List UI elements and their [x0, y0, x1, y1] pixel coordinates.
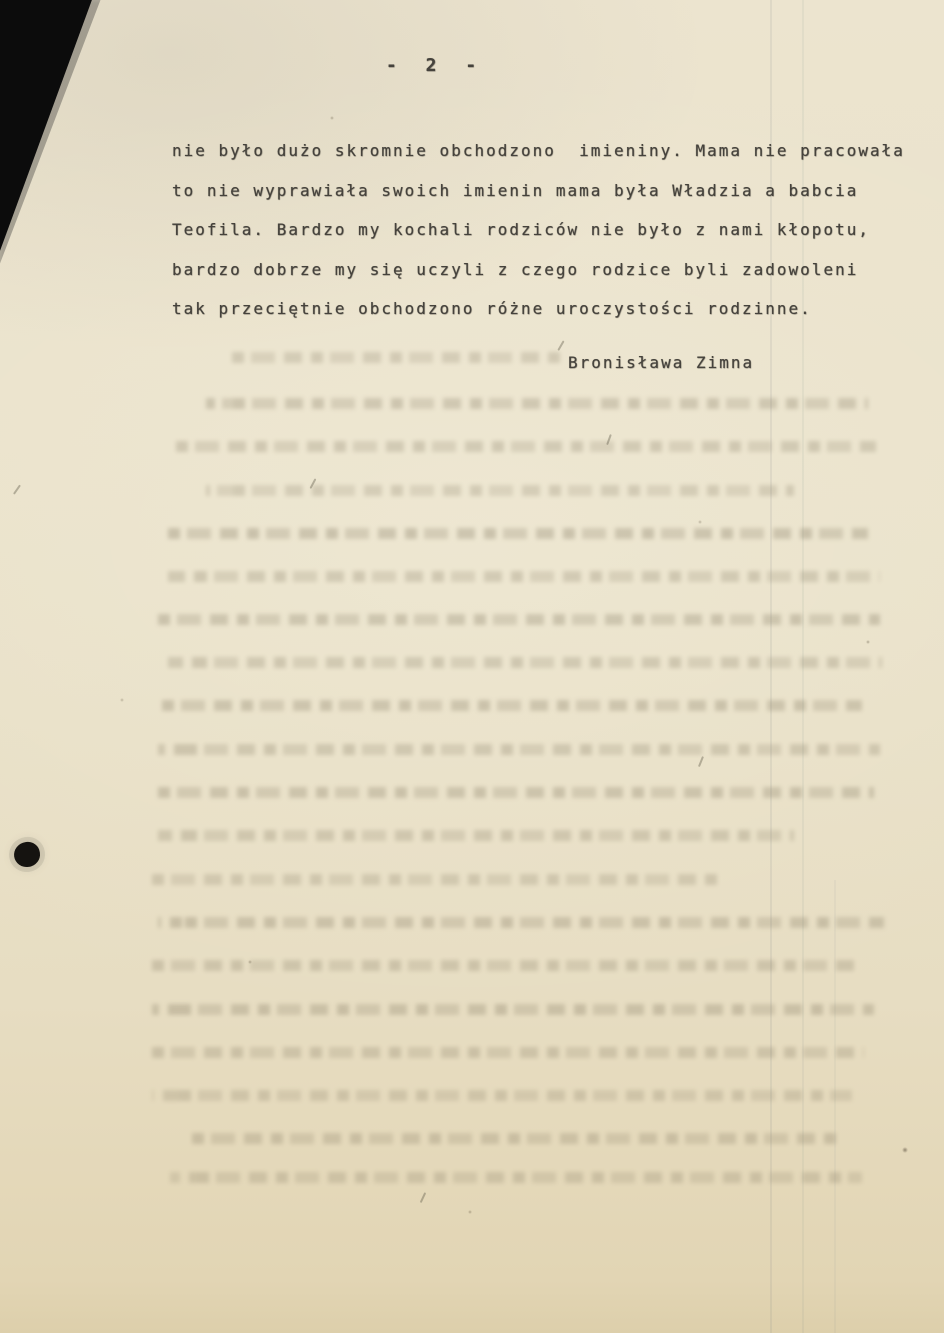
- bleedthrough-line: [168, 528, 868, 539]
- signature: Bronisława Zimna: [568, 353, 754, 372]
- scanned-document-page: - 2 - nie było dużo skromnie obchodzono …: [0, 0, 944, 1333]
- page-number: - 2 -: [386, 55, 478, 76]
- bleedthrough-line: [158, 830, 794, 841]
- paper-crease-line: [834, 880, 836, 1333]
- bleedthrough-line: [206, 485, 794, 496]
- paper-fiber-mark: [557, 340, 564, 350]
- bleedthrough-line: [176, 441, 876, 452]
- letter-line: Teofila. Bardzo my kochali rodziców nie …: [172, 210, 944, 250]
- bleedthrough-line: [232, 352, 562, 363]
- bleedthrough-line: [192, 1133, 840, 1144]
- letter-line: bardzo dobrze my się uczyli z czego rodz…: [172, 250, 944, 290]
- paper-fiber-mark: [13, 485, 21, 495]
- bleedthrough-line: [170, 1172, 862, 1183]
- paper-fiber-mark: [698, 756, 704, 767]
- bleedthrough-line: [158, 614, 880, 625]
- letter-line: tak przeciętnie obchodzono różne uroczys…: [172, 289, 944, 329]
- bleedthrough-line: [152, 1090, 852, 1101]
- letter-line: to nie wyprawiała swoich imienin mama by…: [172, 171, 944, 211]
- bleedthrough-line: [206, 398, 868, 409]
- paper-fiber-mark: [420, 1192, 426, 1203]
- bleedthrough-line: [158, 917, 884, 928]
- bleedthrough-line: [152, 874, 718, 885]
- bleedthrough-line: [152, 1004, 874, 1015]
- bleedthrough-line: [162, 700, 862, 711]
- bleedthrough-line: [152, 1047, 864, 1058]
- paper-fiber-mark: [606, 434, 611, 445]
- letter-paragraph: nie było dużo skromnie obchodzono imieni…: [172, 131, 944, 329]
- bleedthrough-line: [152, 960, 856, 971]
- bleedthrough-line: [168, 657, 882, 668]
- bleedthrough-line: [158, 787, 874, 798]
- letter-line: nie było dużo skromnie obchodzono imieni…: [172, 131, 944, 171]
- bleedthrough-line: [158, 744, 880, 755]
- bleedthrough-line: [168, 571, 880, 582]
- hole-punch-mark: [12, 840, 41, 868]
- scan-corner-cutoff: [0, 0, 117, 287]
- paper-fiber-mark: [310, 478, 316, 488]
